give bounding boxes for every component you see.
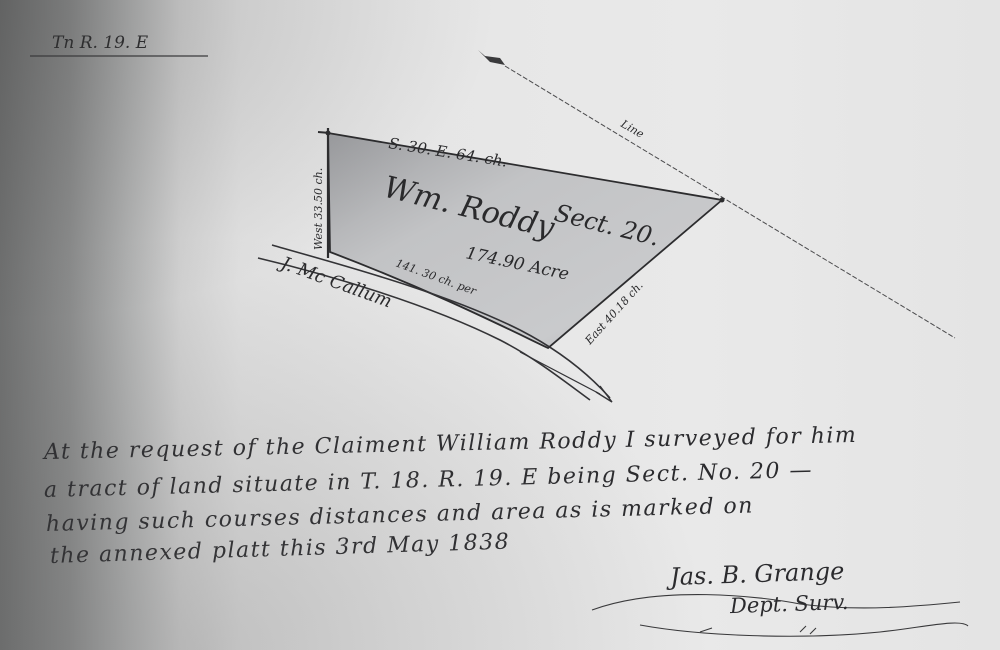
west-boundary-label: West 33.50 ch. — [312, 168, 325, 250]
survey-document: Tn R. 19. E S. 30. E. 64. ch. West 33.50… — [0, 0, 1000, 650]
flow-arrow-icon — [596, 386, 612, 402]
header-reference: Tn R. 19. E — [52, 33, 149, 53]
signature-title: Dept. Surv. — [730, 590, 849, 618]
baseline-marker-icon — [478, 50, 505, 65]
baseline-label: Line — [618, 117, 647, 141]
